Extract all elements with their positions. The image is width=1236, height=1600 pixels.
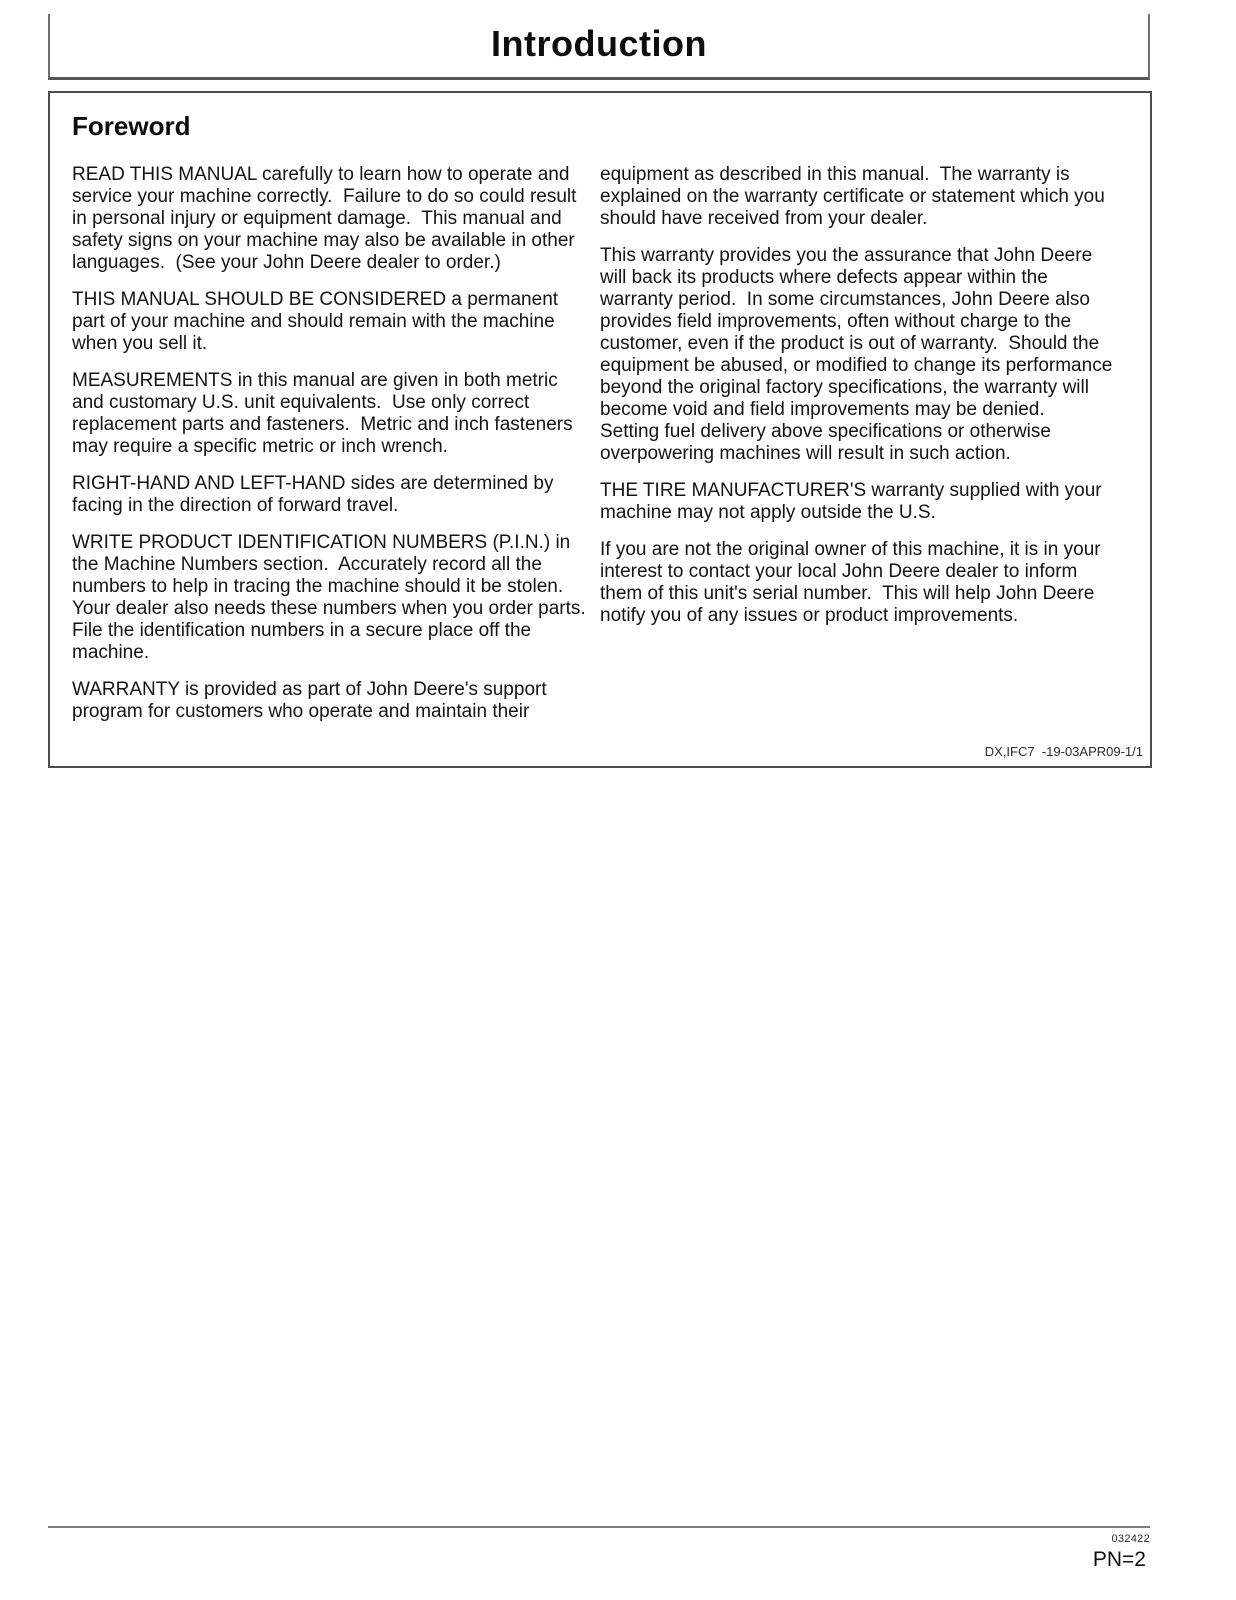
- paragraph: This warranty provides you the assurance…: [600, 245, 1114, 465]
- page-title: Introduction: [491, 23, 707, 65]
- paragraph: READ THIS MANUAL carefully to learn how …: [72, 164, 586, 274]
- left-column: READ THIS MANUAL carefully to learn how …: [72, 164, 586, 738]
- page-header-box: Introduction: [48, 14, 1150, 80]
- paragraph: MEASUREMENTS in this manual are given in…: [72, 370, 586, 458]
- page-footer: 032422 PN=2: [1093, 1533, 1150, 1572]
- right-column: equipment as described in this manual. T…: [600, 164, 1114, 738]
- paragraph: If you are not the original owner of thi…: [600, 539, 1114, 627]
- foreword-section: Foreword READ THIS MANUAL carefully to l…: [48, 91, 1152, 768]
- document-revision-code: DX,IFC7 -19-03APR09-1/1: [985, 744, 1143, 759]
- two-column-text: READ THIS MANUAL carefully to learn how …: [72, 164, 1126, 738]
- print-code: 032422: [1093, 1533, 1150, 1545]
- section-heading: Foreword: [72, 111, 1126, 142]
- paragraph: WRITE PRODUCT IDENTIFICATION NUMBERS (P.…: [72, 532, 586, 664]
- page-number: PN=2: [1093, 1548, 1146, 1572]
- paragraph: RIGHT-HAND AND LEFT-HAND sides are deter…: [72, 473, 586, 517]
- footer-divider: [48, 1526, 1150, 1528]
- paragraph: WARRANTY is provided as part of John Dee…: [72, 679, 586, 723]
- paragraph: THE TIRE MANUFACTURER'S warranty supplie…: [600, 480, 1114, 524]
- paragraph: THIS MANUAL SHOULD BE CONSIDERED a perma…: [72, 289, 586, 355]
- paragraph: equipment as described in this manual. T…: [600, 164, 1114, 230]
